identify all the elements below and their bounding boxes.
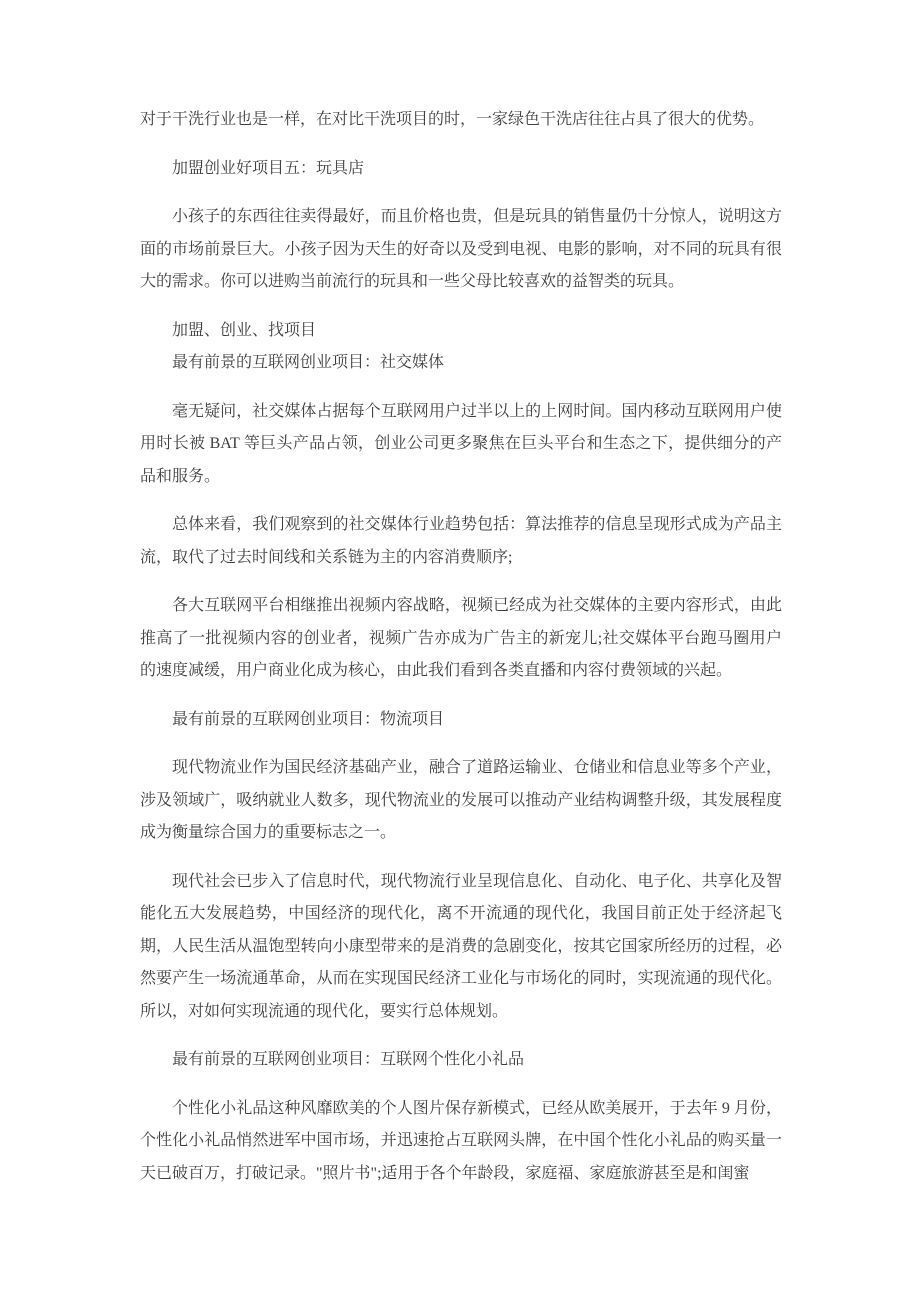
paragraph-video-content-strategy: 各大互联网平台相继推出视频内容战略，视频已经成为社交媒体的主要内容形式，由此推高… xyxy=(140,590,782,688)
paragraph-social-media-overview: 毫无疑问，社交媒体占据每个互联网用户过半以上的上网时间。国内移动互联网用户使用时… xyxy=(140,396,782,494)
heading-internet-project-logistics: 最有前景的互联网创业项目：物流项目 xyxy=(140,704,782,737)
paragraph-dry-cleaning-continuation: 对于干洗行业也是一样，在对比干洗项目的时，一家绿色干洗店往往占具了很大的优势。 xyxy=(140,104,782,137)
heading-internet-project-social-media: 最有前景的互联网创业项目：社交媒体 xyxy=(140,347,782,380)
heading-franchise-project-5-toy-store: 加盟创业好项目五：玩具店 xyxy=(140,153,782,186)
paragraph-toy-store: 小孩子的东西往往卖得最好，而且价格也贵，但是玩具的销售量仍十分惊人，说明这方面的… xyxy=(140,201,782,299)
line-franchise-startup-find-project: 加盟、创业、找项目 xyxy=(140,315,782,348)
paragraph-logistics-industry: 现代物流业作为国民经济基础产业，融合了道路运输业、仓储业和信息业等多个产业，涉及… xyxy=(140,752,782,850)
heading-internet-project-personalized-gifts: 最有前景的互联网创业项目：互联网个性化小礼品 xyxy=(140,1044,782,1077)
document-text-block: 对于干洗行业也是一样，在对比干洗项目的时，一家绿色干洗店往往占具了很大的优势。 … xyxy=(140,104,782,1206)
document-page: 对于干洗行业也是一样，在对比干洗项目的时，一家绿色干洗店往往占具了很大的优势。 … xyxy=(0,0,920,1302)
paragraph-personalized-gifts: 个性化小礼品这种风靡欧美的个人图片保存新模式，已经从欧美展开，于去年 9 月份，… xyxy=(140,1093,782,1191)
paragraph-logistics-modernization: 现代社会已步入了信息时代，现代物流行业呈现信息化、自动化、电子化、共享化及智能化… xyxy=(140,866,782,1029)
paragraph-social-media-trends: 总体来看，我们观察到的社交媒体行业趋势包括：算法推荐的信息呈现形式成为产品主流，… xyxy=(140,509,782,574)
